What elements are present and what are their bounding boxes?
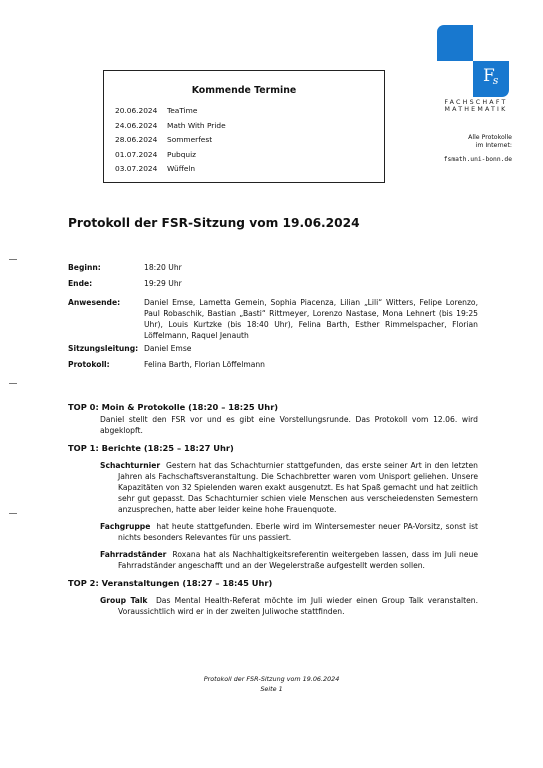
meta-row-attendees: Anwesende: Daniel Emse, Lametta Gemein, … xyxy=(68,297,478,341)
agenda-item: Fahrradständer Roxana hat als Nachhaltig… xyxy=(100,549,478,571)
event-date: 03.07.2024 xyxy=(115,164,167,175)
meta-row-end: Ende: 19:29 Uhr xyxy=(68,278,478,289)
logo-line-2: MATHEMATIK xyxy=(437,106,515,113)
top-heading: TOP 2: Veranstaltungen (18:27 – 18:45 Uh… xyxy=(68,577,478,589)
meta-row-start: Beginn: 18:20 Uhr xyxy=(68,262,478,273)
event-date: 01.07.2024 xyxy=(115,150,167,161)
event-row: 03.07.2024 Wüffeln xyxy=(115,162,226,177)
event-row: 28.06.2024 Sommerfest xyxy=(115,133,226,148)
event-name: Math With Pride xyxy=(167,121,226,132)
meta-row-chair: Sitzungsleitung: Daniel Emse xyxy=(68,343,478,354)
upcoming-events-box: Kommende Termine 20.06.2024 TeaTime 24.0… xyxy=(103,70,385,183)
page-footer: Protokoll der FSR-Sitzung vom 19.06.2024… xyxy=(0,675,543,695)
meta-row-minutes: Protokoll: Felina Barth, Florian Löffelm… xyxy=(68,359,478,370)
agenda-item: Group Talk Das Mental Health-Referat möc… xyxy=(100,595,478,617)
event-date: 24.06.2024 xyxy=(115,121,167,132)
margin-mark xyxy=(9,383,17,384)
top-0: TOP 0: Moin & Protokolle (18:20 – 18:25 … xyxy=(68,401,478,436)
upcoming-events-list: 20.06.2024 TeaTime 24.06.2024 Math With … xyxy=(115,104,226,177)
margin-mark xyxy=(9,259,17,260)
internet-note: Alle Protokolle im Internet: xyxy=(468,134,512,151)
event-row: 01.07.2024 Pubquiz xyxy=(115,148,226,163)
footer-title: Protokoll der FSR-Sitzung vom 19.06.2024 xyxy=(0,675,543,685)
margin-mark xyxy=(9,513,17,514)
fachschaft-logo: Fs xyxy=(437,25,509,97)
top-heading: TOP 1: Berichte (18:25 – 18:27 Uhr) xyxy=(68,442,478,454)
event-date: 28.06.2024 xyxy=(115,135,167,146)
top-body: Daniel stellt den FSR vor und es gibt ei… xyxy=(100,414,478,436)
upcoming-events-title: Kommende Termine xyxy=(104,84,384,98)
event-name: TeaTime xyxy=(167,106,197,117)
event-row: 24.06.2024 Math With Pride xyxy=(115,119,226,134)
meeting-meta: Beginn: 18:20 Uhr Ende: 19:29 Uhr Anwese… xyxy=(68,262,478,375)
logo-square-top xyxy=(437,25,473,61)
event-name: Sommerfest xyxy=(167,135,212,146)
logo-text: FACHSCHAFT MATHEMATIK xyxy=(437,99,515,113)
top-heading: TOP 0: Moin & Protokolle (18:20 – 18:25 … xyxy=(68,401,478,413)
event-row: 20.06.2024 TeaTime xyxy=(115,104,226,119)
logo-line-1: FACHSCHAFT xyxy=(437,99,515,106)
event-name: Wüffeln xyxy=(167,164,195,175)
agenda-item: Schachturnier Gestern hat das Schachturn… xyxy=(100,460,478,515)
event-date: 20.06.2024 xyxy=(115,106,167,117)
protocols-url[interactable]: fsmath.uni-bonn.de xyxy=(444,155,512,164)
agenda: TOP 0: Moin & Protokolle (18:20 – 18:25 … xyxy=(68,401,478,623)
event-name: Pubquiz xyxy=(167,150,196,161)
page-title: Protokoll der FSR-Sitzung vom 19.06.2024 xyxy=(68,215,360,233)
page-number: Seite 1 xyxy=(0,685,543,695)
agenda-item: Fachgruppe hat heute stattgefunden. Eber… xyxy=(100,521,478,543)
top-2: TOP 2: Veranstaltungen (18:27 – 18:45 Uh… xyxy=(68,577,478,617)
top-1: TOP 1: Berichte (18:25 – 18:27 Uhr) Scha… xyxy=(68,442,478,571)
logo-fs-glyph: Fs xyxy=(483,68,500,85)
